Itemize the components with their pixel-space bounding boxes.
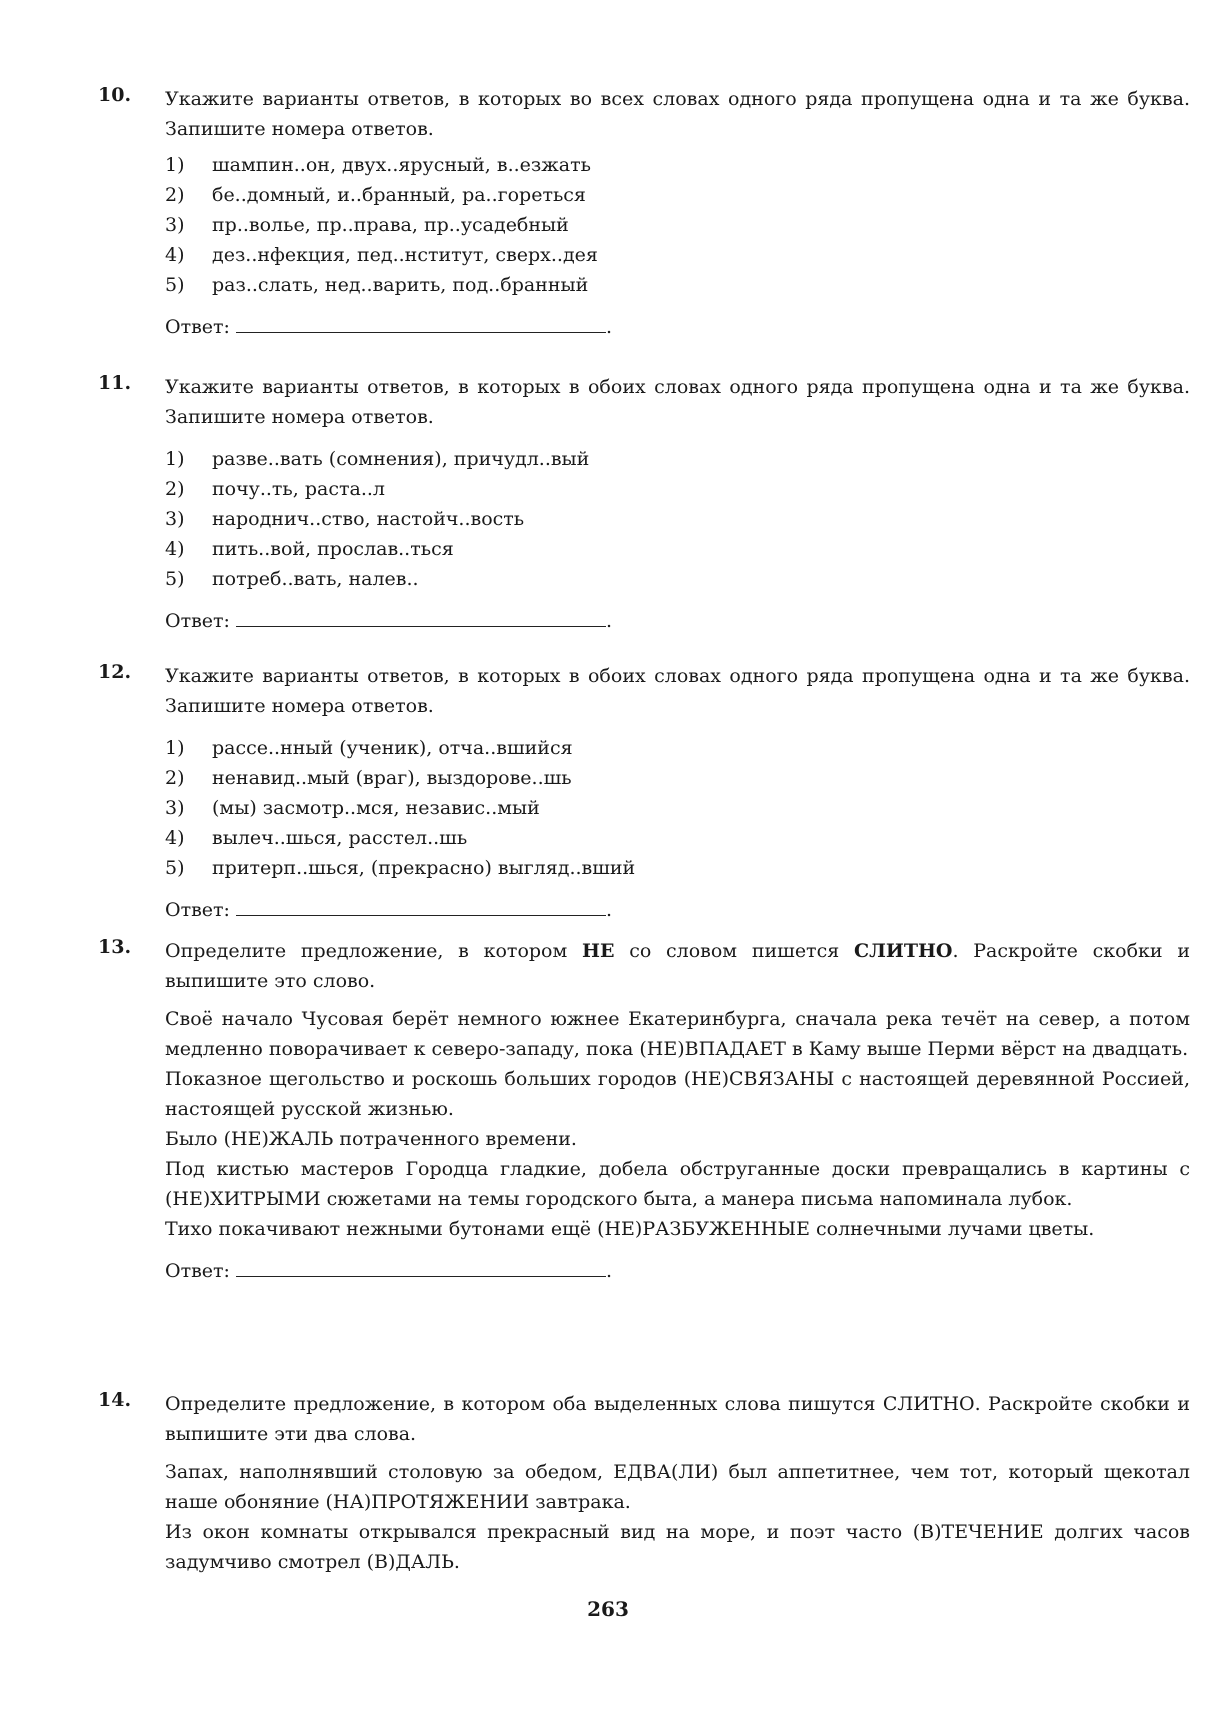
option-item: 1)рассе..нный (ученик), отча..вшийся bbox=[165, 733, 1190, 763]
answer-row: Ответ:. bbox=[165, 312, 1190, 342]
option-item: 4)дез..нфекция, пед..нститут, сверх..дея bbox=[165, 240, 1190, 270]
answer-blank[interactable] bbox=[236, 1256, 606, 1277]
answer-label: Ответ: bbox=[165, 1260, 230, 1282]
emphasis-ne: НЕ bbox=[582, 940, 614, 962]
sentence: Тихо покачивают нежными бутонами ещё (НЕ… bbox=[165, 1214, 1190, 1244]
answer-label: Ответ: bbox=[165, 316, 230, 338]
sentence: Своё начало Чусовая берёт немного южнее … bbox=[165, 1004, 1190, 1064]
answer-label: Ответ: bbox=[165, 610, 230, 632]
sentence: Из окон комнаты открывался прекрасный ви… bbox=[165, 1517, 1190, 1577]
sentence: Показное щегольство и роскошь больших го… bbox=[165, 1064, 1190, 1124]
task-number: 14. bbox=[98, 1389, 131, 1411]
answer-row: Ответ:. bbox=[165, 895, 1190, 925]
options-list: 1)шампин..он, двух..ярусный, в..езжать 2… bbox=[165, 150, 1190, 300]
sentence: Под кистью мастеров Городца гладкие, доб… bbox=[165, 1154, 1190, 1214]
task-prompt: Укажите варианты ответов, в которых в об… bbox=[165, 372, 1190, 432]
textbook-page: 10. Укажите варианты ответов, в которых … bbox=[0, 0, 1216, 1712]
option-item: 1)шампин..он, двух..ярусный, в..езжать bbox=[165, 150, 1190, 180]
option-item: 5)потреб..вать, налев.. bbox=[165, 564, 1190, 594]
task-number: 11. bbox=[98, 372, 131, 394]
task-prompt: Определите предложение, в котором НЕ со … bbox=[165, 936, 1190, 996]
sentence: Запах, наполнявший столовую за обедом, Е… bbox=[165, 1457, 1190, 1517]
page-number: 263 bbox=[0, 1597, 1216, 1621]
options-list: 1)рассе..нный (ученик), отча..вшийся 2)н… bbox=[165, 733, 1190, 883]
option-item: 3)народнич..ство, настойч..вость bbox=[165, 504, 1190, 534]
option-item: 5)притерп..шься, (прекрасно) выгляд..вши… bbox=[165, 853, 1190, 883]
task-prompt: Укажите варианты ответов, в которых во в… bbox=[165, 84, 1190, 144]
task-prompt: Укажите варианты ответов, в которых в об… bbox=[165, 661, 1190, 721]
task-number: 10. bbox=[98, 84, 131, 106]
answer-label: Ответ: bbox=[165, 899, 230, 921]
option-item: 2)бе..домный, и..бранный, ра..гореться bbox=[165, 180, 1190, 210]
option-item: 4)пить..вой, прослав..ться bbox=[165, 534, 1190, 564]
answer-blank[interactable] bbox=[236, 895, 606, 916]
options-list: 1)разве..вать (сомнения), причудл..вый 2… bbox=[165, 444, 1190, 594]
task-number: 12. bbox=[98, 661, 131, 683]
answer-blank[interactable] bbox=[236, 312, 606, 333]
emphasis-slitno: СЛИТНО bbox=[854, 940, 953, 962]
option-item: 3)(мы) засмотр..мся, независ..мый bbox=[165, 793, 1190, 823]
answer-blank[interactable] bbox=[236, 606, 606, 627]
option-item: 5)раз..слать, нед..варить, под..бранный bbox=[165, 270, 1190, 300]
option-item: 3)пр..волье, пр..права, пр..усадебный bbox=[165, 210, 1190, 240]
answer-row: Ответ:. bbox=[165, 606, 1190, 636]
option-item: 2)почу..ть, раста..л bbox=[165, 474, 1190, 504]
task-number: 13. bbox=[98, 936, 131, 958]
sentence: Было (НЕ)ЖАЛЬ потраченного времени. bbox=[165, 1124, 1190, 1154]
option-item: 2)ненавид..мый (враг), выздорове..шь bbox=[165, 763, 1190, 793]
task-prompt: Определите предложение, в котором оба вы… bbox=[165, 1389, 1190, 1449]
answer-row: Ответ:. bbox=[165, 1256, 1190, 1286]
option-item: 4)вылеч..шься, расстел..шь bbox=[165, 823, 1190, 853]
option-item: 1)разве..вать (сомнения), причудл..вый bbox=[165, 444, 1190, 474]
